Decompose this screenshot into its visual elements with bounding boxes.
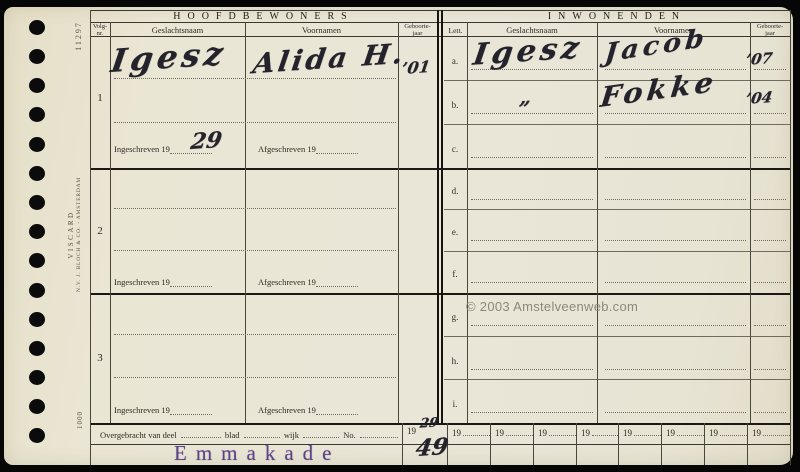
year-cell-6: 19 [661, 426, 704, 443]
handwriting-ingeschreven-year: 29 [189, 127, 224, 155]
year-cell-3: 19 [533, 426, 576, 443]
handwriting-surname-row-a: Igesz [471, 30, 585, 72]
center-divider [437, 10, 439, 423]
header-birthyear-right-line1: Geboorte- [750, 23, 790, 30]
handwriting-transfer-year: 29 [419, 415, 439, 431]
header-volgnr-line1: Volg- [90, 23, 110, 30]
afgeschreven-row-3: Afgeschreven 19 [258, 405, 358, 415]
section-number-3: 3 [92, 352, 108, 364]
ingeschreven-row-3: Ingeschreven 19 [114, 405, 212, 415]
year-cell-8: 19 [747, 426, 790, 443]
ingeschreven-label: Ingeschreven 19 [114, 405, 170, 415]
row-letter-h: h. [446, 356, 464, 366]
year-prefix: 19 [752, 428, 761, 438]
year-prefix: 19 [623, 428, 632, 438]
printer-imprint: VISCARD N.V. J. BLOCH & CO. - AMSTERDAM [68, 167, 84, 302]
handwriting-house-number: 49 [414, 433, 450, 462]
handwriting-surname-main: Igesz [109, 34, 230, 80]
transfer-row: Overgebracht van deel blad wijk No. [100, 428, 398, 440]
header-birthyear-left: Geboorte- jaar [398, 23, 437, 37]
printer-name: N.V. J. BLOCH & CO. - AMSTERDAM [76, 167, 82, 302]
wijk-label: wijk [284, 430, 299, 440]
year-prefix: 19 [452, 428, 461, 438]
row-letter-i: i. [446, 399, 464, 409]
row-letter-a: a. [446, 56, 464, 66]
row-letter-c: c. [446, 144, 464, 154]
year-prefix: 19 [666, 428, 675, 438]
afgeschreven-label: Afgeschreven 19 [258, 405, 316, 415]
year-prefix: 19 [538, 428, 547, 438]
section-number-1: 1 [92, 92, 108, 104]
year-cell-7: 19 [704, 426, 747, 443]
section-number-2: 2 [92, 225, 108, 237]
ingeschreven-label: Ingeschreven 19 [114, 144, 170, 154]
year-prefix: 19 [495, 428, 504, 438]
row-letter-d: d. [446, 186, 464, 196]
row-letter-b: b. [446, 100, 464, 110]
left-table-title: HOOFDBEWONERS [90, 11, 437, 22]
blad-label: blad [225, 430, 240, 440]
street-stamp: Emmakade [174, 441, 340, 466]
handwriting-firstnames-row-b: Fokke [599, 65, 719, 113]
brand-name: VISCARD [68, 167, 76, 302]
row-letter-g: g. [446, 312, 464, 322]
header-birthyear-right-line2: jaar [750, 30, 790, 37]
header-lett: Lett. [444, 26, 467, 35]
handwriting-birthyear-row-b: ’04 [745, 88, 774, 108]
year-prefix: 19 [581, 428, 590, 438]
row-letter-e: e. [446, 227, 464, 237]
transfer-label: Overgebracht van deel [100, 430, 177, 440]
handwriting-firstnames-main: Alida H. [251, 37, 408, 80]
header-volgnr-line2: nr. [90, 30, 110, 37]
year-cell-2: 19 [490, 426, 533, 443]
year-cell-4: 19 [576, 426, 618, 443]
year-prefix: 19 [407, 426, 416, 436]
copyright-watermark: © 2003 Amstelveenweb.com [466, 299, 638, 314]
header-volgnr: Volg- nr. [90, 23, 110, 37]
ingeschreven-label: Ingeschreven 19 [114, 277, 170, 287]
registration-card: 11297 VISCARD N.V. J. BLOCH & CO. - AMST… [4, 7, 793, 465]
no-label: No. [343, 430, 356, 440]
right-table-title: INWONENDEN [444, 11, 790, 22]
afgeschreven-row-2: Afgeschreven 19 [258, 277, 358, 287]
handwriting-ditto-row-b: „ [518, 85, 533, 110]
afgeschreven-row-1: Afgeschreven 19 [258, 144, 358, 154]
header-firstnames-left: Voornamen [245, 25, 398, 35]
afgeschreven-label: Afgeschreven 19 [258, 277, 316, 287]
year-prefix: 19 [709, 428, 718, 438]
card-serial-number: 11297 [74, 15, 88, 57]
year-cell-1: 19 [447, 426, 490, 443]
handwriting-birthyear-main: ’01 [400, 57, 431, 78]
header-birthyear-left-line1: Geboorte- [398, 23, 437, 30]
afgeschreven-label: Afgeschreven 19 [258, 144, 316, 154]
handwriting-birthyear-row-a: ’07 [745, 49, 774, 69]
row-letter-f: f. [446, 269, 464, 279]
year-cell-5: 19 [618, 426, 661, 443]
ingeschreven-row-2: Ingeschreven 19 [114, 277, 212, 287]
header-birthyear-right: Geboorte- jaar [750, 23, 790, 37]
print-run-number: 1000 [76, 405, 87, 435]
